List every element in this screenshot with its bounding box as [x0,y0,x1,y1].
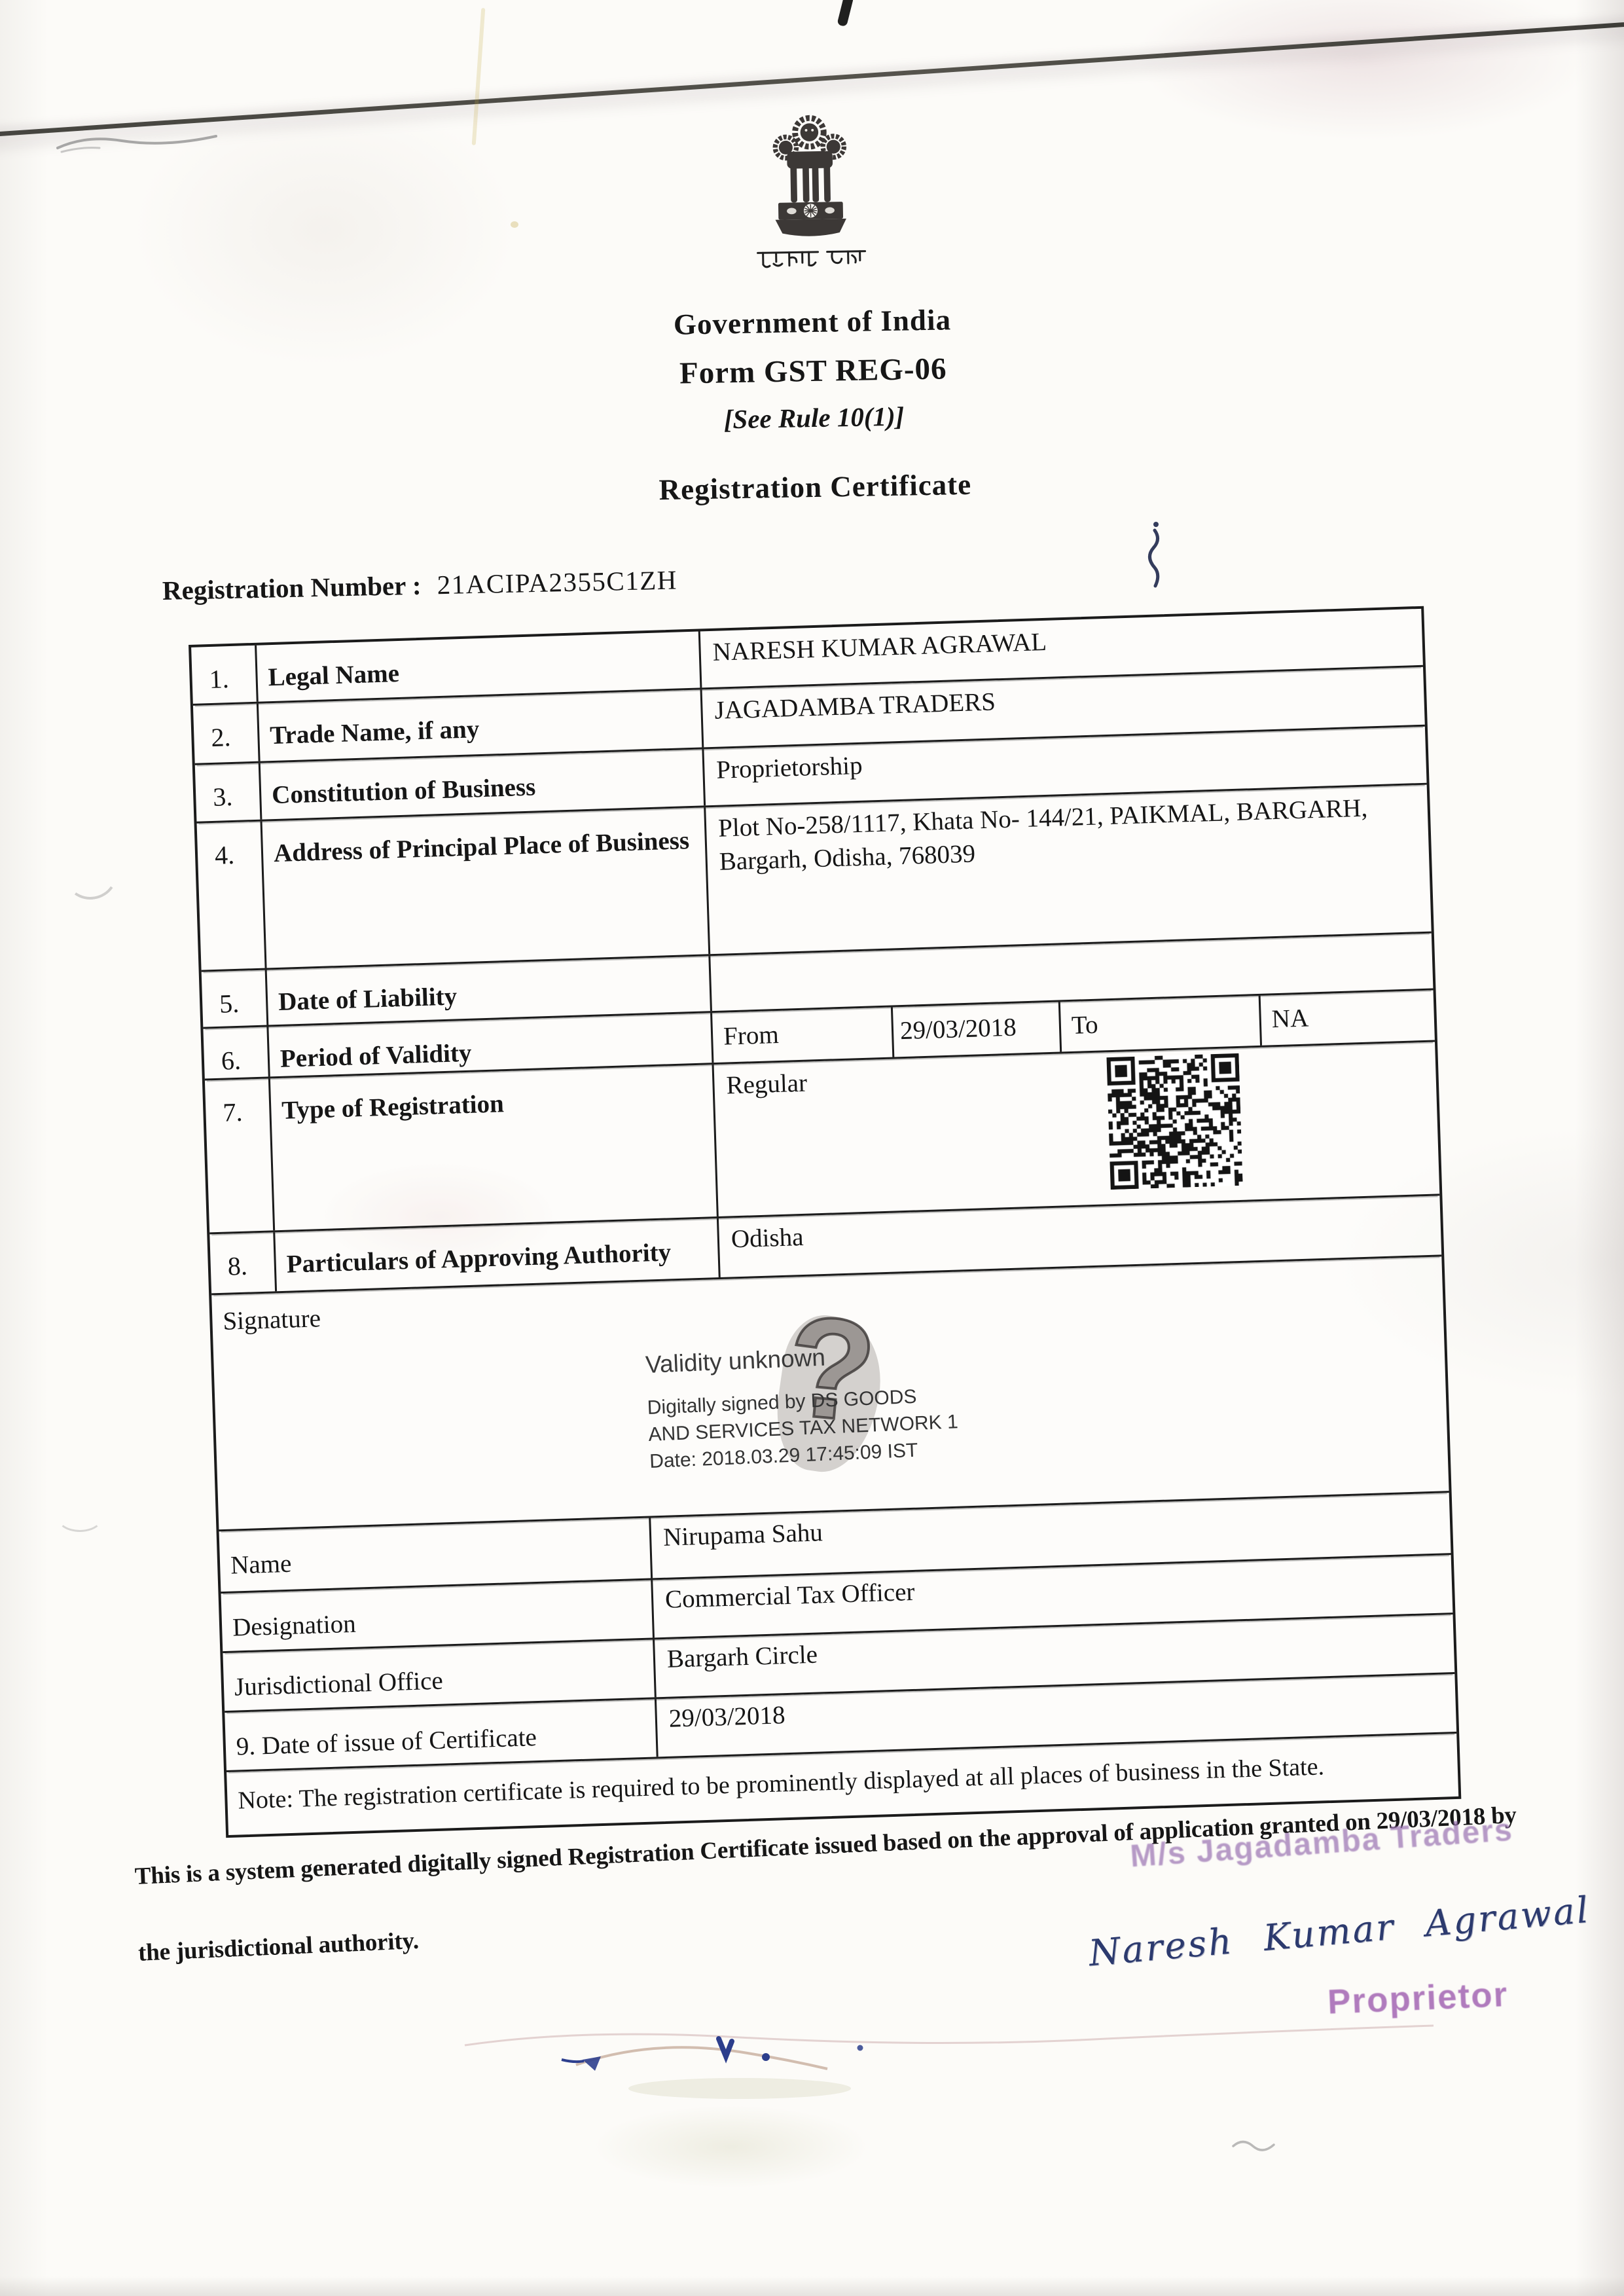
validity-from-label: From [712,1007,894,1063]
national-motto [756,247,867,272]
row-number: 1. [191,646,259,704]
ink-squiggle [1140,521,1169,589]
row-number: 7. [205,1078,275,1232]
punch-hole-shadow [58,840,122,903]
validity-to-label: To [1060,996,1262,1052]
pencil-tick [1231,2133,1278,2154]
registration-number-value: 21ACIPA2355C1ZH [437,565,677,600]
page-edge-shadow [0,2276,1624,2296]
row-number: 2. [193,704,261,763]
proprietor-stamp: Proprietor [1327,1975,1509,2022]
scanned-certificate-page: Government of India Form GST REG-06 [See… [0,0,1624,2296]
signature-section: Signature ? Validity unknown Digitally s… [211,1256,1449,1531]
row-number: 6. [203,1027,270,1078]
officer-label: Name [219,1518,653,1592]
row-number: 5. [202,970,269,1027]
registration-number-label: Registration Number : [162,570,422,606]
certificate-table: 1. Legal Name NARESH KUMAR AGRAWAL 2. Tr… [189,606,1461,1838]
validity-to-date: NA [1261,991,1435,1046]
document-header: Government of India Form GST REG-06 [See… [0,90,1624,518]
row-number: 8. [209,1232,277,1293]
registration-number-line: Registration Number : 21ACIPA2355C1ZH [162,564,677,606]
digital-signature-block: Validity unknown Digitally signed by DS … [645,1338,960,1475]
qr-code-icon [1106,1053,1242,1190]
row-value: Regular [714,1042,1440,1216]
punch-hole-shadow [56,1501,103,1532]
signature-label: Signature [223,1303,321,1336]
ink-blot-top [837,0,854,27]
bottom-scan-marks [458,2016,1440,2102]
registration-type-value: Regular [726,1069,808,1100]
row-number: 4. [197,822,267,970]
certificate-title: Registration Certificate [3,456,1624,518]
validity-from-date: 29/03/2018 [893,1002,1062,1057]
row-value: Plot No-258/1117, Khata No- 144/21, PAIK… [706,785,1431,955]
row-label: Type of Registration [270,1065,719,1230]
emblem-block [746,103,873,274]
row-number: 3. [195,763,262,822]
ashoka-emblem-icon [749,103,871,244]
row-label: Address of Principal Place of Business [262,807,711,968]
validity-status: Validity unknown [645,1338,956,1379]
